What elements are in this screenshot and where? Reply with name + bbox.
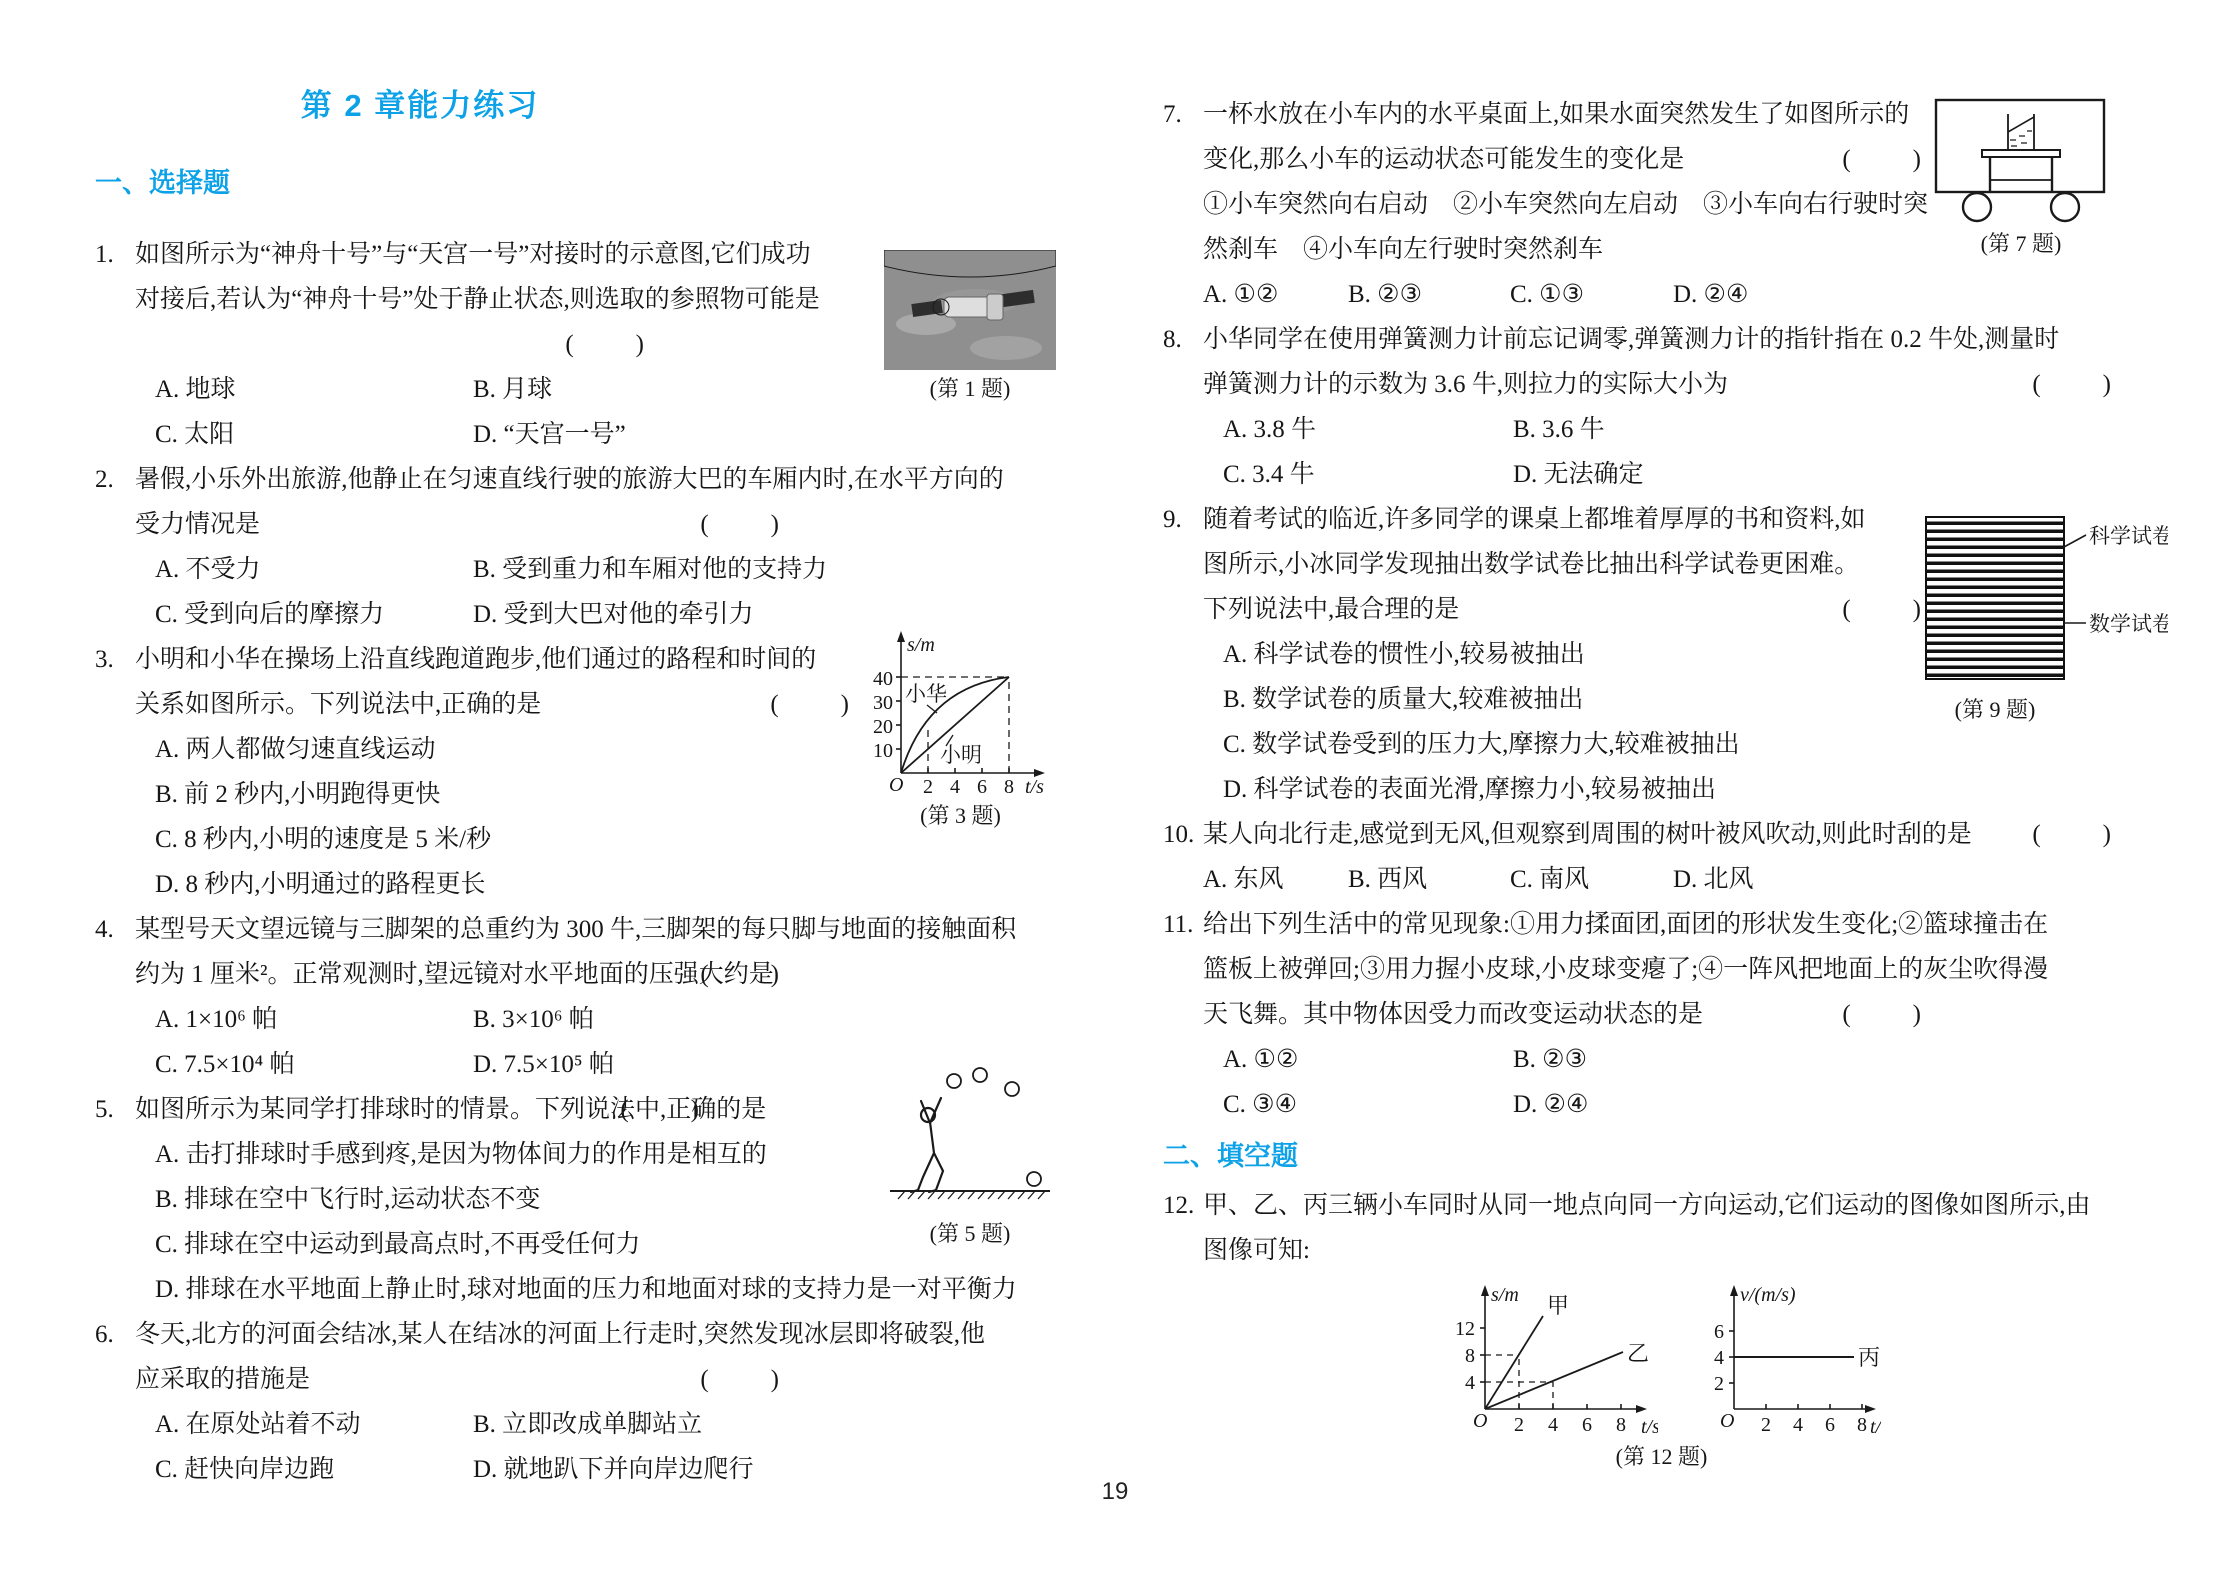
question-text: 篮板上被弹回;③用力握小皮球,小皮球变瘪了;④一阵风把地面上的灰尘吹得漫	[1203, 956, 2048, 983]
question-text: 对接后,若认为“神舟十号”处于静止状态,则选取的参照物可能是	[135, 286, 820, 313]
question-6: 6. 冬天,北方的河面会结冰,某人在结冰的河面上行走时,突然发现冰层即将破裂,他…	[95, 1312, 1053, 1492]
question-number: 2.	[95, 457, 135, 502]
option-b: B. 前 2 秒内,小明跑得更快	[155, 781, 440, 808]
option-b: B. 立即改成单脚站立	[473, 1402, 1053, 1447]
question-number: 8.	[1163, 317, 1203, 362]
x-tick: 6	[1582, 1414, 1592, 1436]
option-a: A. ①②	[1203, 272, 1348, 317]
left-column: 一、选择题 1.	[95, 160, 1053, 1492]
question-text: 天飞舞。其中物体因受力而改变运动状态的是	[1203, 1001, 1703, 1028]
question-text: 一杯水放在小车内的水平桌面上,如果水面突然发生了如图所示的	[1203, 101, 1909, 128]
question-3: 3.	[95, 637, 1053, 907]
question-text: 小明和小华在操场上沿直线跑道跑步,他们通过的路程和时间的	[135, 646, 816, 673]
option-d: D. 北风	[1673, 857, 2120, 902]
option-b: B. 西风	[1348, 857, 1510, 902]
worksheet-page: 第 2 章能力练习 一、选择题 1.	[0, 0, 2220, 1571]
option-c: C. 3.4 牛	[1223, 452, 1513, 497]
option-b: B. 受到重力和车厢对他的支持力	[473, 547, 1053, 592]
option-a: A. 击打排球时手感到疼,是因为物体间力的作用是相互的	[155, 1141, 767, 1168]
option-d: D. 排球在水平地面上静止时,球对地面的压力和地面对球的支持力是一对平衡力	[155, 1276, 1017, 1303]
figure-caption: (第 1 题)	[884, 375, 1056, 403]
question-number: 5.	[95, 1087, 135, 1132]
answer-bracket: ( )	[565, 322, 648, 367]
option-a: A. 科学试卷的惯性小,较易被抽出	[1223, 641, 1585, 668]
question-number: 3.	[95, 637, 135, 682]
question-text: 暑假,小乐外出旅游,他静止在匀速直线行驶的旅游大巴的车厢内时,在水平方向的	[135, 466, 1004, 493]
y-tick: 6	[1714, 1321, 1724, 1343]
x-axis-label: t/s	[1641, 1416, 1658, 1438]
option-a: A. ①②	[1223, 1037, 1513, 1082]
option-c: C. ③④	[1223, 1082, 1513, 1127]
question-9: 9. 科学试卷 数学试卷	[1163, 497, 2120, 812]
series-label-jia: 甲	[1547, 1293, 1569, 1318]
speed-time-graph-bing: 2 4 6 2 4 6 8 v/(m/s) t/s O 丙	[1686, 1281, 1881, 1443]
option-d: D. 8 秒内,小明通过的路程更长	[155, 871, 486, 898]
x-tick: 2	[1761, 1414, 1771, 1436]
x-tick: 6	[1825, 1414, 1835, 1436]
option-b: B. 3×10⁶ 帕	[473, 997, 1053, 1042]
option-b: B. ②③	[1513, 1037, 2120, 1082]
y-axis-label: v/(m/s)	[1740, 1284, 1796, 1306]
answer-bracket: ( )	[620, 1087, 703, 1132]
option-b: B. ②③	[1348, 272, 1510, 317]
question-number: 7.	[1163, 92, 1203, 137]
question-text: ①小车突然向右启动 ②小车突然向左启动 ③小车向右行驶时突	[1203, 191, 1928, 218]
option-d: D. 无法确定	[1513, 452, 2120, 497]
question-number: 10.	[1163, 812, 1203, 857]
option-c: C. 数学试卷受到的压力大,摩擦力大,较难被抽出	[1223, 731, 1740, 758]
question-number: 1.	[95, 232, 135, 277]
option-a: A. 东风	[1203, 857, 1348, 902]
answer-bracket: ( )	[700, 502, 783, 547]
question-text: 然刹车 ④小车向左行驶时突然刹车	[1203, 236, 1603, 263]
question-8: 8. 小华同学在使用弹簧测力计前忘记调零,弹簧测力计的指针指在 0.2 牛处,测…	[1163, 317, 2120, 497]
figure-caption: (第 12 题)	[1431, 1443, 1893, 1471]
answer-bracket: ( )	[700, 952, 783, 997]
question-11: 11. 给出下列生活中的常见现象:①用力揉面团,面团的形状发生变化;②篮球撞击在…	[1163, 902, 2120, 1127]
question-text: 如图所示为“神舟十号”与“天宫一号”对接时的示意图,它们成功	[135, 241, 811, 268]
option-a: A. 地球	[155, 367, 473, 412]
question-text: 冬天,北方的河面会结冰,某人在结冰的河面上行走时,突然发现冰层即将破裂,他	[135, 1321, 985, 1348]
option-a: A. 两人都做匀速直线运动	[155, 736, 436, 763]
question-text: 甲、乙、丙三辆小车同时从同一地点向同一方向运动,它们运动的图像如图所示,由	[1203, 1192, 2091, 1219]
question-text: 下列说法中,最合理的是	[1203, 596, 1459, 623]
series-label-yi: 乙	[1627, 1341, 1649, 1366]
x-axis-label: t/s	[1870, 1416, 1881, 1438]
option-d: D. ②④	[1673, 272, 2120, 317]
question-number: 4.	[95, 907, 135, 952]
question-7: 7. (第 7 题	[1163, 92, 2120, 317]
question-text: 受力情况是	[135, 511, 260, 538]
question-number: 9.	[1163, 497, 1203, 542]
question-text: 某人向北行走,感觉到无风,但观察到周围的树叶被风吹动,则此时刮的是	[1203, 821, 1972, 848]
y-tick: 4	[1714, 1347, 1724, 1369]
option-c: C. 8 秒内,小明的速度是 5 米/秒	[155, 826, 491, 853]
option-c: C. 7.5×10⁴ 帕	[155, 1042, 473, 1087]
option-c: C. 赶快向岸边跑	[155, 1447, 473, 1492]
question-number: 11.	[1163, 902, 1203, 947]
question-text: 图所示,小冰同学发现抽出数学试卷比抽出科学试卷更困难。	[1203, 551, 1859, 578]
x-tick: 4	[1793, 1414, 1803, 1436]
section-heading-choice: 一、选择题	[95, 160, 1053, 206]
question-text: 应采取的措施是	[135, 1366, 310, 1393]
answer-bracket: ( )	[1842, 587, 1925, 632]
x-tick: 8	[1857, 1414, 1867, 1436]
question-5: 5. (第 5 题)	[95, 1087, 1053, 1312]
y-tick: 8	[1465, 1345, 1475, 1367]
question-4: 4. 某型号天文望远镜与三脚架的总重约为 300 牛,三脚架的每只脚与地面的接触…	[95, 907, 1053, 1087]
option-d: D. 就地趴下并向岸边爬行	[473, 1447, 1053, 1492]
option-a: A. 在原处站着不动	[155, 1402, 473, 1447]
page-title: 第 2 章能力练习	[95, 80, 745, 125]
option-b: B. 数学试卷的质量大,较难被抽出	[1223, 686, 1583, 713]
question-number: 12.	[1163, 1183, 1203, 1228]
option-d: D. ②④	[1513, 1082, 2120, 1127]
option-b: B. 3.6 牛	[1513, 407, 2120, 452]
question-12: 12. 甲、乙、丙三辆小车同时从同一地点向同一方向运动,它们运动的图像如图所示,…	[1163, 1183, 2120, 1471]
question-text: 给出下列生活中的常见现象:①用力揉面团,面团的形状发生变化;②篮球撞击在	[1203, 911, 2048, 938]
page-number: 19	[1080, 1478, 1150, 1506]
option-d: D. 科学试卷的表面光滑,摩擦力小,较易被抽出	[1223, 776, 1716, 803]
question-text: 关系如图所示。下列说法中,正确的是	[135, 691, 541, 718]
option-a: A. 3.8 牛	[1223, 407, 1513, 452]
option-a: A. 1×10⁶ 帕	[155, 997, 473, 1042]
y-tick: 2	[1714, 1373, 1724, 1395]
question-text: 弹簧测力计的示数为 3.6 牛,则拉力的实际大小为	[1203, 371, 1728, 398]
x-tick: 8	[1616, 1414, 1626, 1436]
question-text: 某型号天文望远镜与三脚架的总重约为 300 牛,三脚架的每只脚与地面的接触面积	[135, 916, 1016, 943]
origin-label: O	[1473, 1410, 1487, 1432]
right-column: 7. (第 7 题	[1163, 92, 2120, 1471]
question-text: 变化,那么小车的运动状态可能发生的变化是	[1203, 146, 1684, 173]
question-10: 10. 某人向北行走,感觉到无风,但观察到周围的树叶被风吹动,则此时刮的是 ( …	[1163, 812, 2120, 902]
answer-bracket: ( )	[2032, 812, 2115, 857]
question-text: 小华同学在使用弹簧测力计前忘记调零,弹簧测力计的指针指在 0.2 牛处,测量时	[1203, 326, 2059, 353]
distance-time-graph-jiayi: 4 8 12 2 4 6 8 s/m t/s O 甲 乙	[1443, 1281, 1658, 1443]
series-label-bing: 丙	[1858, 1345, 1880, 1370]
answer-bracket: ( )	[2032, 362, 2115, 407]
option-d: D. “天宫一号”	[473, 412, 1053, 457]
y-tick: 12	[1455, 1318, 1475, 1340]
question-text: 随着考试的临近,许多同学的课桌上都堆着厚厚的书和资料,如	[1203, 506, 1866, 533]
origin-label: O	[1720, 1410, 1734, 1432]
question-text: 约为 1 厘米²。正常观测时,望远镜对水平地面的压强大约是	[135, 961, 774, 988]
answer-bracket: ( )	[700, 1357, 783, 1402]
question-number: 6.	[95, 1312, 135, 1357]
option-c: C. 南风	[1510, 857, 1673, 902]
answer-bracket: ( )	[770, 682, 853, 727]
figure-motion-graphs: 4 8 12 2 4 6 8 s/m t/s O 甲 乙	[1431, 1281, 1893, 1471]
x-tick: 2	[1514, 1414, 1524, 1436]
option-a: A. 不受力	[155, 547, 473, 592]
question-1: 1. (第 1 题)	[95, 232, 1053, 457]
y-tick: 4	[1465, 1372, 1475, 1394]
answer-bracket: ( )	[1842, 137, 1925, 182]
option-c: C. 受到向后的摩擦力	[155, 592, 473, 637]
section-heading-fill-blank: 二、填空题	[1163, 1133, 2120, 1179]
answer-bracket: ( )	[1842, 992, 1925, 1037]
option-c: C. ①③	[1510, 272, 1673, 317]
option-c: C. 排球在空中运动到最高点时,不再受任何力	[155, 1231, 640, 1258]
question-text: 图像可知:	[1203, 1237, 1310, 1264]
option-c: C. 太阳	[155, 412, 473, 457]
question-2: 2. 暑假,小乐外出旅游,他静止在匀速直线行驶的旅游大巴的车厢内时,在水平方向的…	[95, 457, 1053, 637]
option-b: B. 排球在空中飞行时,运动状态不变	[155, 1186, 540, 1213]
y-axis-label: s/m	[1491, 1284, 1519, 1306]
x-tick: 4	[1548, 1414, 1558, 1436]
